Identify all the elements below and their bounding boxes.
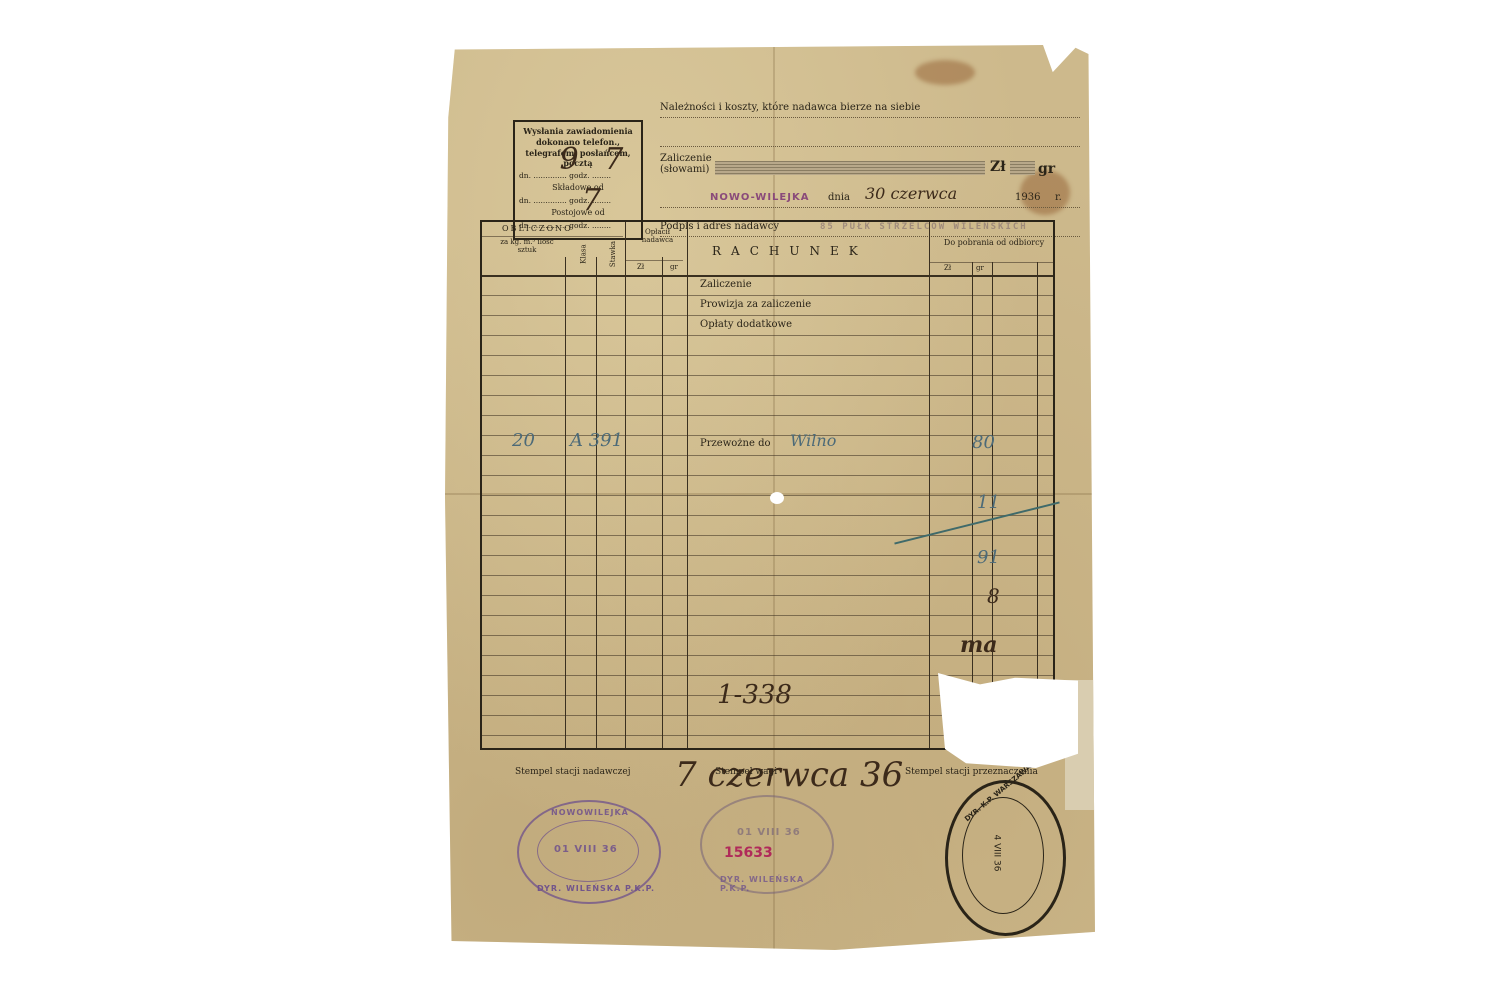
gr-header: gr bbox=[670, 263, 678, 271]
station-stamp: NOWO-WILEJKA bbox=[710, 192, 809, 203]
handwritten-signature: 7 czerwca 36 bbox=[675, 755, 903, 795]
handwritten-klasa: A 391 bbox=[570, 430, 623, 451]
handwritten-date: 30 czerwca bbox=[865, 184, 957, 203]
rachunek-header: RACHUNEK bbox=[712, 244, 868, 258]
stamp-date: 4 VIII 36 bbox=[992, 834, 1002, 871]
handwritten-mark: ma bbox=[960, 632, 998, 658]
handwritten-amount: 8 bbox=[987, 584, 1000, 608]
stain bbox=[915, 60, 975, 85]
naleznosci-label: Należności i koszty, które nadawca bierz… bbox=[660, 102, 920, 113]
stamp-date: 01 VIII 36 bbox=[554, 844, 618, 855]
gr-label: gr bbox=[1038, 161, 1055, 177]
stamp-date: 01 VIII 36 bbox=[737, 827, 801, 838]
row-prowizja: Prowizja za zaliczenie bbox=[700, 299, 811, 310]
r-label: r. bbox=[1055, 192, 1062, 203]
row-oplaty: Opłaty dodatkowe bbox=[700, 319, 792, 330]
stamp-text: DYR. WILEŃSKA P.K.P. bbox=[720, 875, 832, 893]
stamp-number: 15633 bbox=[724, 845, 773, 861]
handwritten-amount: 91 bbox=[977, 547, 1000, 568]
stamp-text: NOWOWILEJKA bbox=[551, 808, 629, 817]
railway-waybill-document: Wysłania zawiadomienia dokonano telefon.… bbox=[445, 45, 1095, 950]
handwritten-amount: 11 bbox=[977, 492, 1000, 513]
weight-stamp: 01 VIII 36 15633 DYR. WILEŃSKA P.K.P. bbox=[700, 795, 834, 894]
redacted-amount bbox=[715, 161, 985, 175]
stawka-header: Stawka bbox=[609, 241, 617, 267]
stempel-wagi-label: Stempel wagi bbox=[715, 767, 777, 777]
stempel-nadawczej-label: Stempel stacji nadawczej bbox=[515, 767, 631, 777]
station-stamp-nowowilejka: NOWOWILEJKA 01 VIII 36 DYR. WILEŃSKA P.K… bbox=[517, 800, 661, 904]
oplacil-header: Opłacił nadawca bbox=[630, 228, 685, 244]
gr-header: gr bbox=[976, 264, 984, 272]
handwritten-amount: 80 bbox=[972, 432, 995, 453]
zl-header: Zł bbox=[637, 263, 644, 271]
torn-hole bbox=[938, 673, 1078, 768]
zl-header: Zł bbox=[944, 264, 951, 272]
zaliczenie-label: Zaliczenie(słowami) bbox=[660, 153, 712, 175]
destination-stamp: DYR. K.P. WARSZAWA 4 VIII 36 bbox=[945, 780, 1066, 936]
stamp-text: DYR. WILEŃSKA P.K.P. bbox=[537, 884, 655, 893]
row-zaliczenie: Zaliczenie bbox=[700, 279, 752, 290]
qty-header: za kg. m.³ ilość sztuk bbox=[492, 238, 562, 254]
handwritten-total: 1-338 bbox=[717, 680, 792, 710]
redacted-gr bbox=[1010, 161, 1035, 175]
year: 1936 bbox=[1015, 192, 1040, 203]
calculation-table: OBLICZONO za kg. m.³ ilość sztuk Klasa S… bbox=[480, 220, 1055, 750]
klasa-header: Klasa bbox=[580, 244, 588, 263]
handwritten-qty: 20 bbox=[512, 430, 535, 451]
handwritten-destination: Wilno bbox=[790, 431, 836, 450]
handwritten-number: 9 7 7 bbox=[550, 140, 641, 221]
dnia-label: dnia bbox=[828, 192, 850, 203]
row-przewozne: Przewożne do bbox=[700, 438, 771, 449]
do-pobrania-header: Do pobrania od odbiorcy bbox=[934, 238, 1054, 247]
obliczono-header: OBLICZONO bbox=[502, 224, 573, 233]
punch-hole bbox=[770, 492, 784, 504]
zl-label: Zł bbox=[990, 159, 1006, 175]
